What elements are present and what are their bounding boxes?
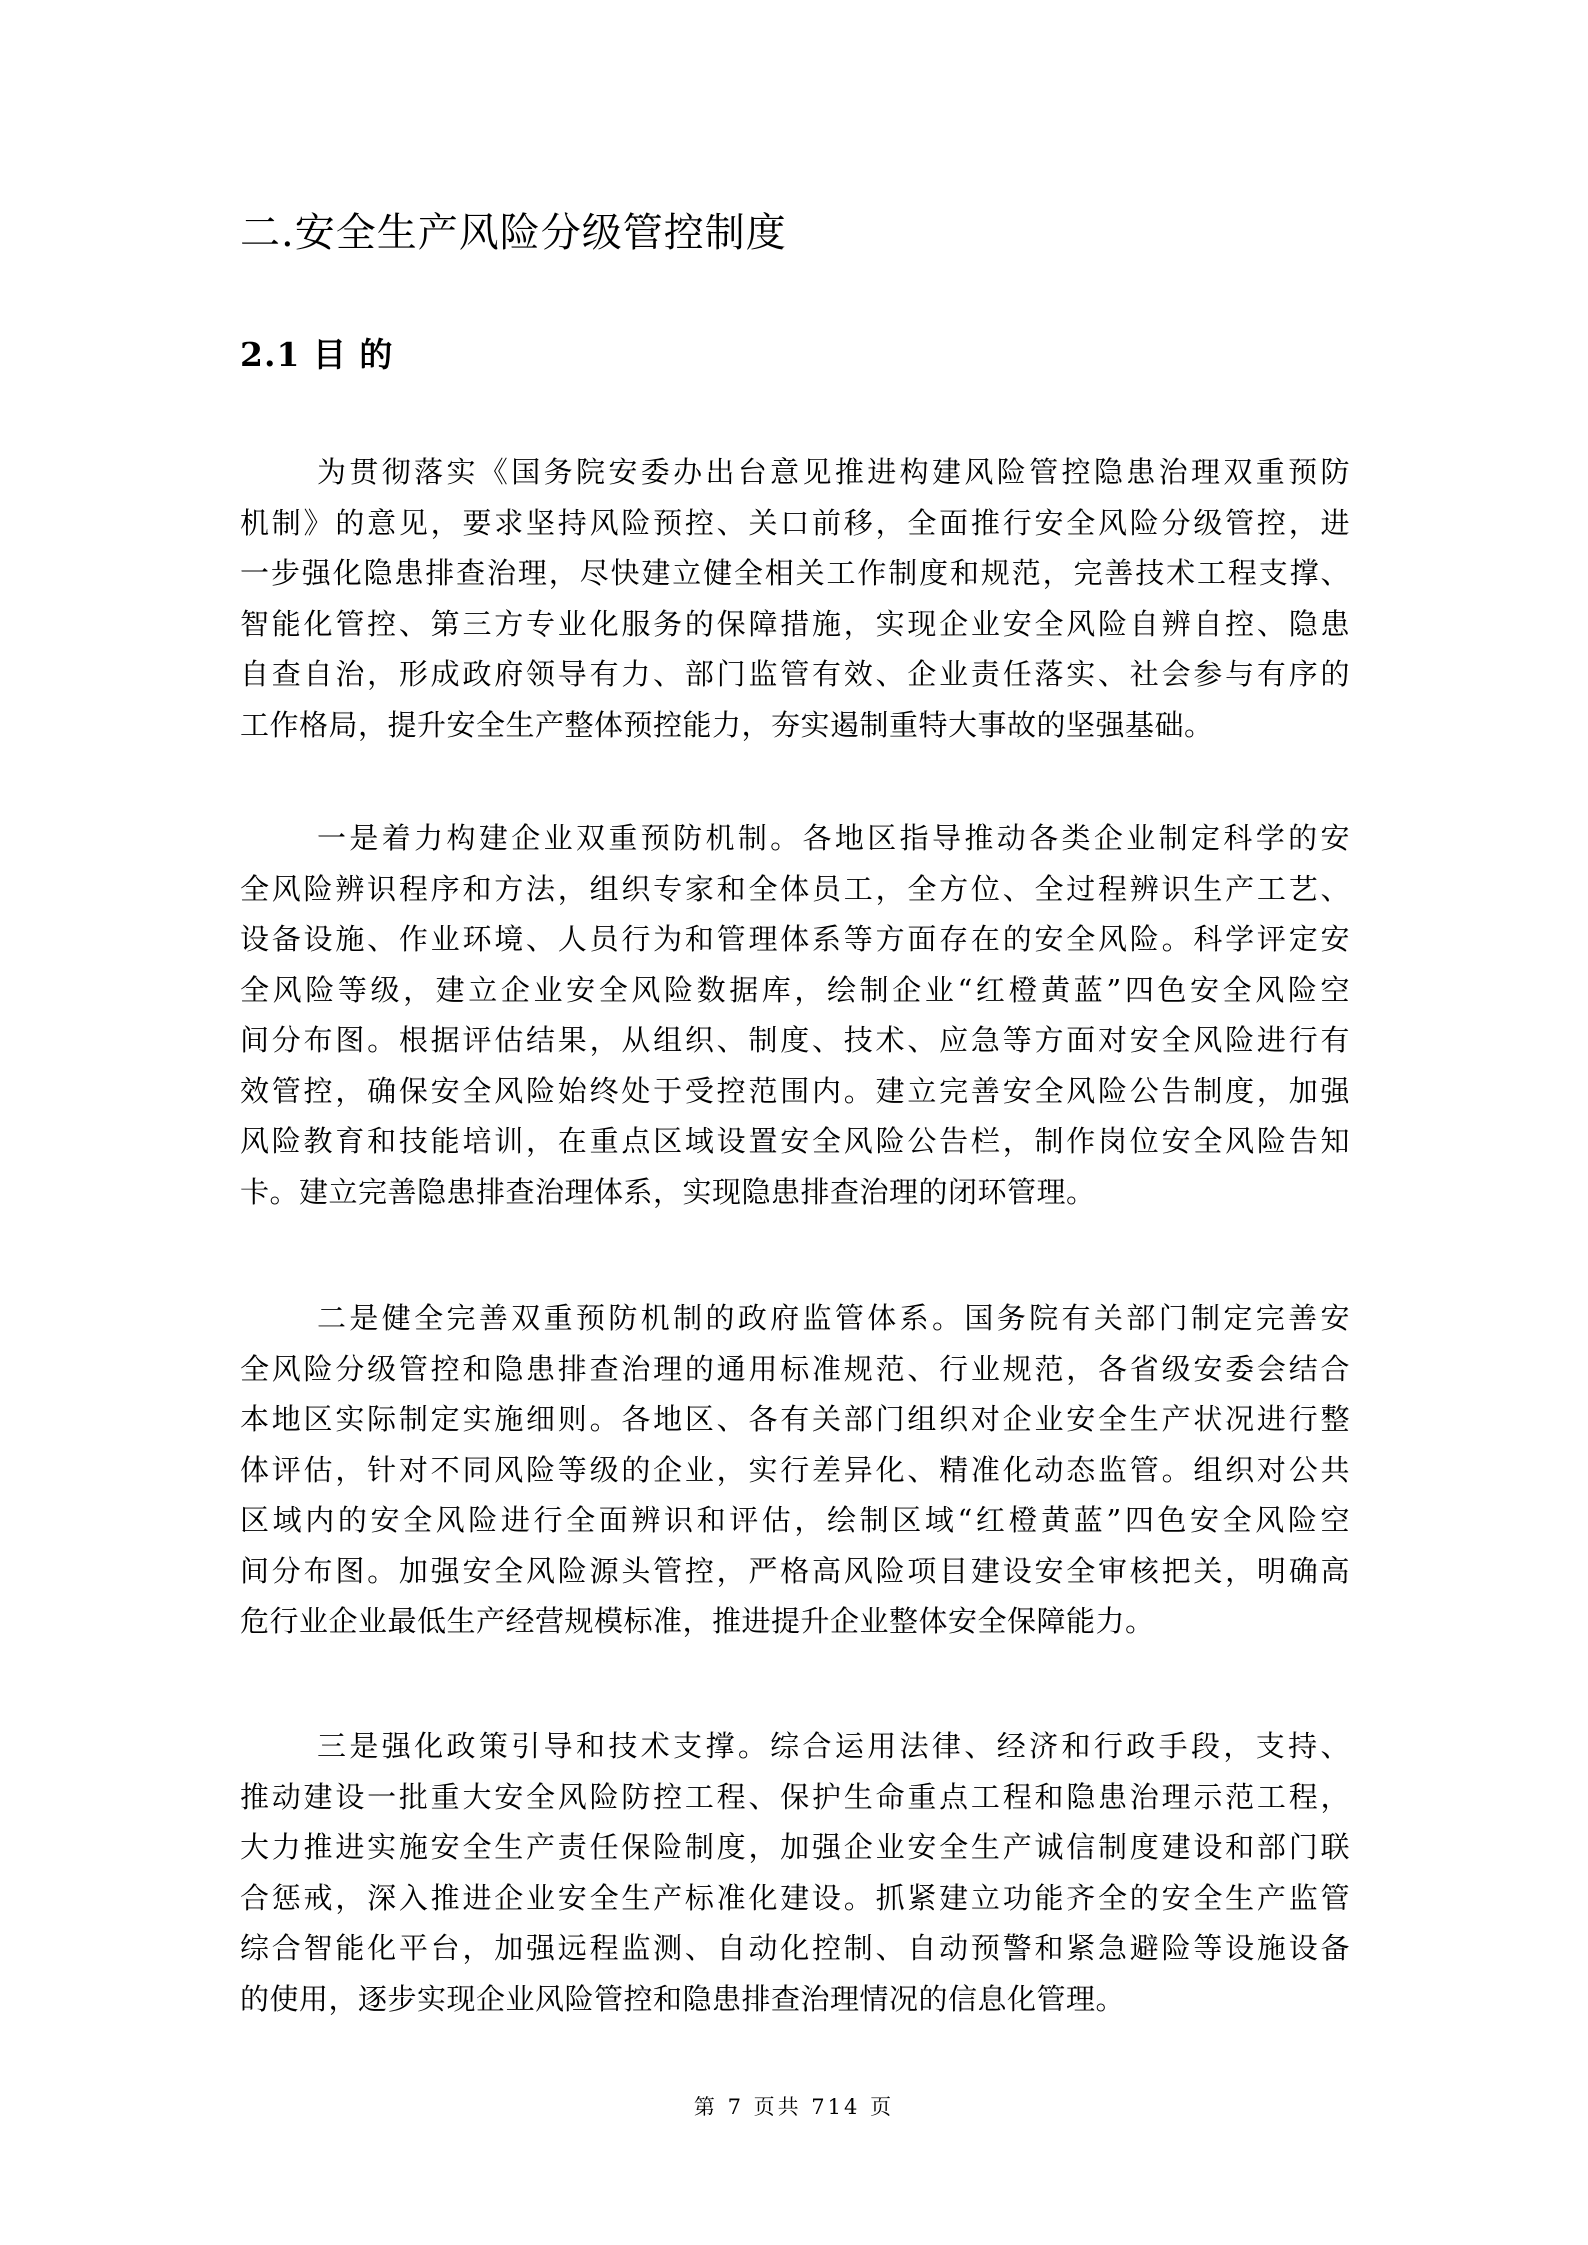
paragraph-line: 全风险分级管控和隐患排查治理的通用标准规范、行业规范，各省级安委会结合	[240, 1344, 1350, 1395]
paragraph-line: 二是健全完善双重预防机制的政府监管体系。国务院有关部门制定完善安	[240, 1293, 1350, 1344]
paragraph-line: 推动建设一批重大安全风险防控工程、保护生命重点工程和隐患治理示范工程，	[240, 1772, 1350, 1823]
paragraph-line: 自查自治，形成政府领导有力、部门监管有效、企业责任落实、社会参与有序的	[240, 649, 1350, 700]
subsection-title: 2.1 目 的	[240, 334, 393, 376]
paragraph-line: 风险教育和技能培训，在重点区域设置安全风险公告栏，制作岗位安全风险告知	[240, 1116, 1350, 1167]
paragraph-line: 效管控，确保安全风险始终处于受控范围内。建立完善安全风险公告制度，加强	[240, 1066, 1350, 1117]
paragraph-line: 为贯彻落实《国务院安委办出台意见推进构建风险管控隐患治理双重预防	[240, 447, 1350, 498]
section-title: 二.安全生产风险分级管控制度	[240, 208, 787, 258]
paragraph-line: 综合智能化平台，加强远程监测、自动化控制、自动预警和紧急避险等设施设备	[240, 1923, 1350, 1974]
paragraph-line: 设备设施、作业环境、人员行为和管理体系等方面存在的安全风险。科学评定安	[240, 914, 1350, 965]
paragraph-line: 一步强化隐患排查治理，尽快建立健全相关工作制度和规范，完善技术工程支撑、	[240, 548, 1350, 599]
paragraph-line: 全风险等级，建立企业安全风险数据库，绘制企业“红橙黄蓝”四色安全风险空	[240, 965, 1350, 1016]
paragraph-line: 体评估，针对不同风险等级的企业，实行差异化、精准化动态监管。组织对公共	[240, 1445, 1350, 1496]
paragraph-line: 本地区实际制定实施细则。各地区、各有关部门组织对企业安全生产状况进行整	[240, 1394, 1350, 1445]
document-page: 二.安全生产风险分级管控制度 2.1 目 的 为贯彻落实《国务院安委办出台意见推…	[0, 0, 1588, 2245]
paragraph-line: 智能化管控、第三方专业化服务的保障措施，实现企业安全风险自辨自控、隐患	[240, 599, 1350, 650]
paragraph-line: 卡。建立完善隐患排查治理体系，实现隐患排查治理的闭环管理。	[240, 1167, 1350, 1218]
paragraph-line: 间分布图。根据评估结果，从组织、制度、技术、应急等方面对安全风险进行有	[240, 1015, 1350, 1066]
paragraph-line: 合惩戒，深入推进企业安全生产标准化建设。抓紧建立功能齐全的安全生产监管	[240, 1873, 1350, 1924]
paragraph-line: 大力推进实施安全生产责任保险制度，加强企业安全生产诚信制度建设和部门联	[240, 1822, 1350, 1873]
paragraph-point-three: 三是强化政策引导和技术支撑。综合运用法律、经济和行政手段，支持、 推动建设一批重…	[240, 1721, 1350, 2024]
paragraph-line: 危行业企业最低生产经营规模标准，推进提升企业整体安全保障能力。	[240, 1596, 1350, 1647]
paragraph-line: 一是着力构建企业双重预防机制。各地区指导推动各类企业制定科学的安	[240, 813, 1350, 864]
paragraph-line: 三是强化政策引导和技术支撑。综合运用法律、经济和行政手段，支持、	[240, 1721, 1350, 1772]
paragraph-line: 间分布图。加强安全风险源头管控，严格高风险项目建设安全审核把关，明确高	[240, 1546, 1350, 1597]
paragraph-line: 机制》的意见，要求坚持风险预控、关口前移，全面推行安全风险分级管控，进	[240, 498, 1350, 549]
paragraph-line: 区域内的安全风险进行全面辨识和评估，绘制区域“红橙黄蓝”四色安全风险空	[240, 1495, 1350, 1546]
paragraph-line: 的使用，逐步实现企业风险管控和隐患排查治理情况的信息化管理。	[240, 1974, 1350, 2025]
paragraph-line: 全风险辨识程序和方法，组织专家和全体员工，全方位、全过程辨识生产工艺、	[240, 864, 1350, 915]
paragraph-point-two: 二是健全完善双重预防机制的政府监管体系。国务院有关部门制定完善安 全风险分级管控…	[240, 1293, 1350, 1647]
page-footer-page-number: 第 7 页共 714 页	[0, 2092, 1588, 2122]
paragraph-point-one: 一是着力构建企业双重预防机制。各地区指导推动各类企业制定科学的安 全风险辨识程序…	[240, 813, 1350, 1217]
paragraph-line: 工作格局，提升安全生产整体预控能力，夯实遏制重特大事故的坚强基础。	[240, 700, 1350, 751]
paragraph-purpose: 为贯彻落实《国务院安委办出台意见推进构建风险管控隐患治理双重预防 机制》的意见，…	[240, 447, 1350, 750]
